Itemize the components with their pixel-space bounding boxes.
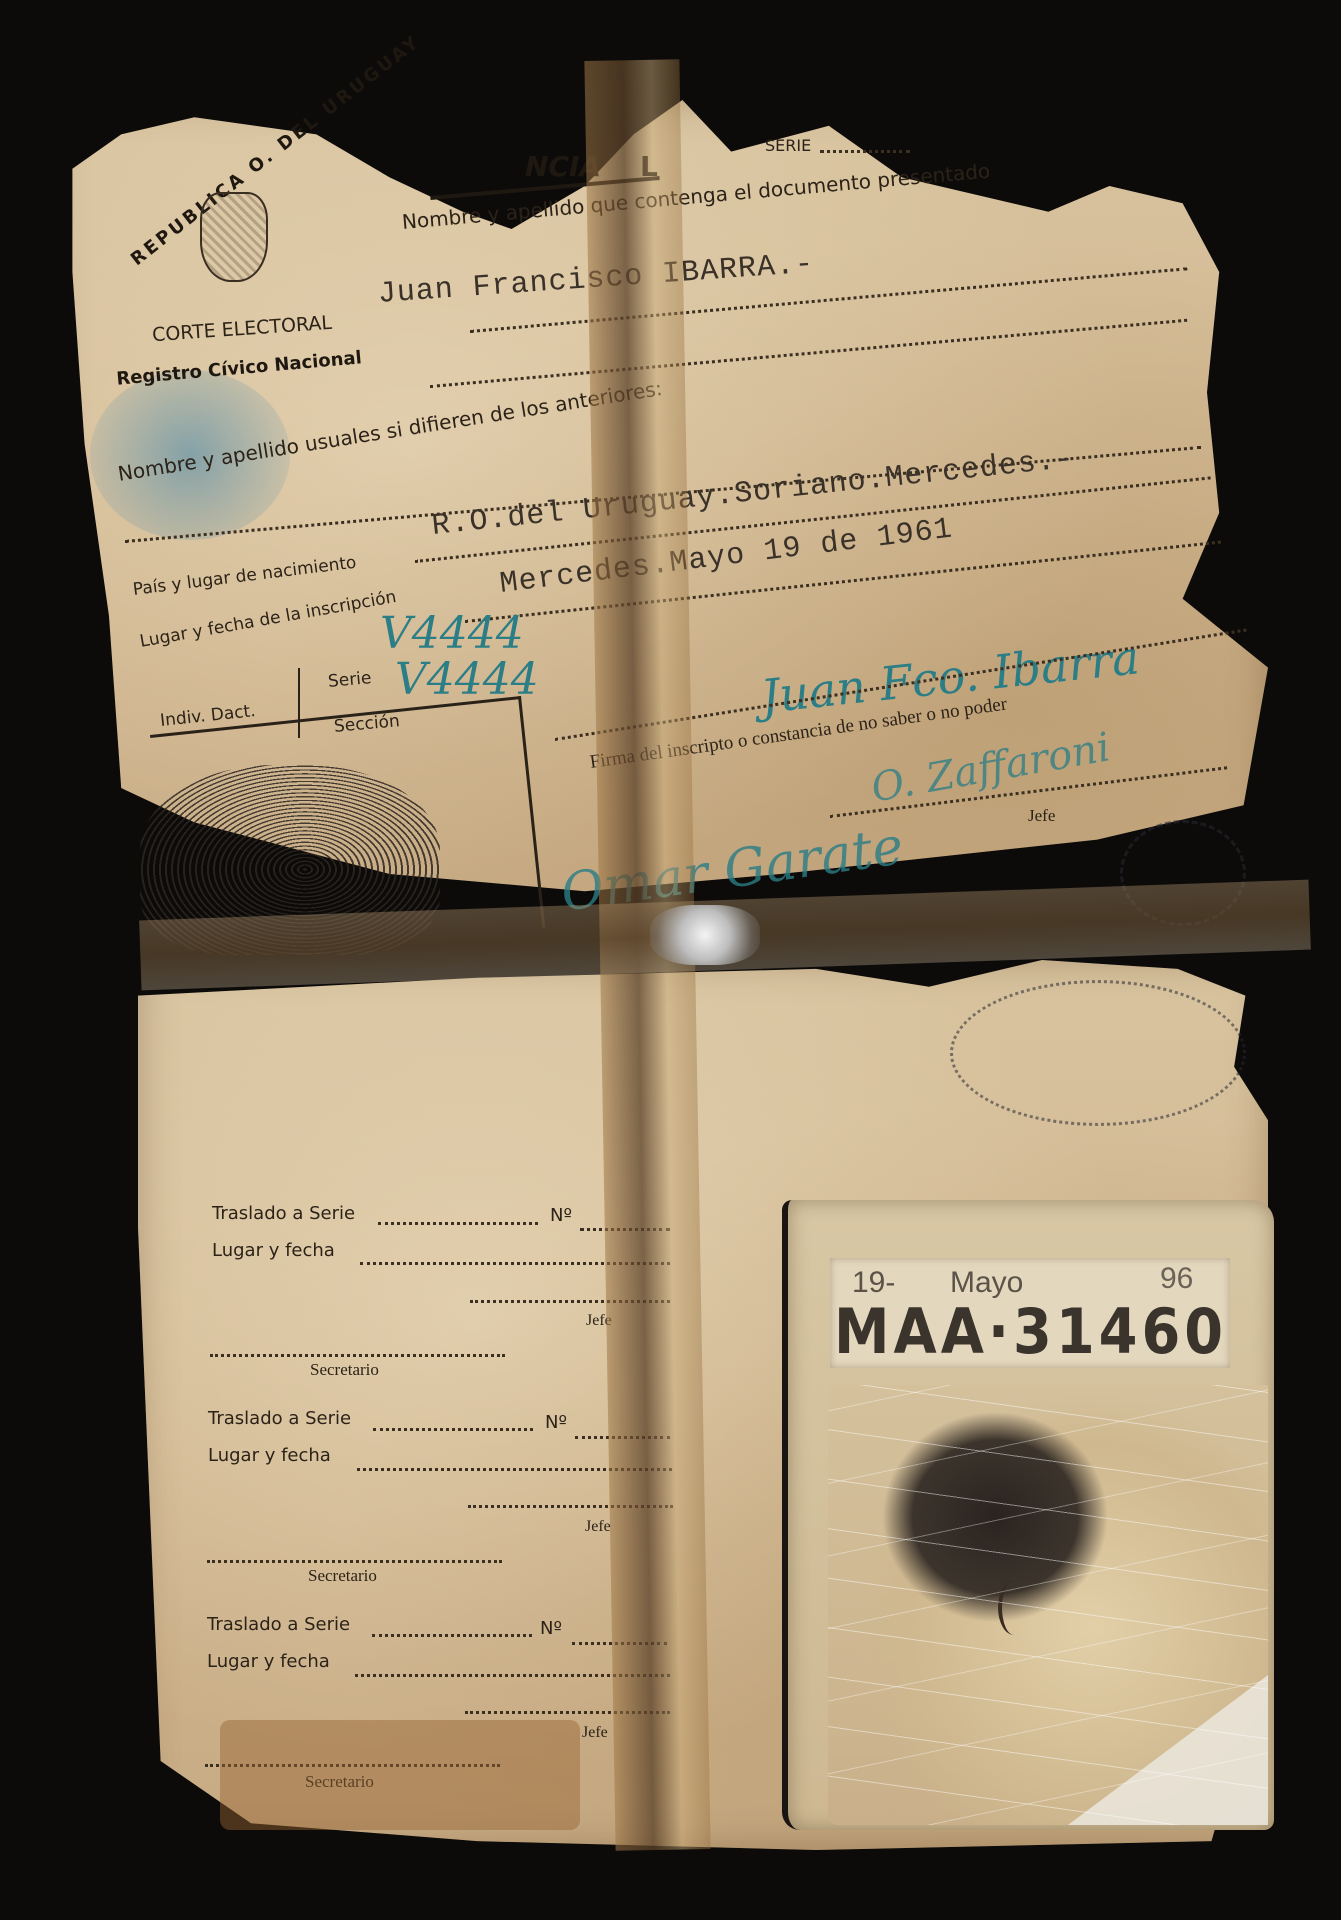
photo-card: 19- Mayo 96 MAA·31460 (782, 1200, 1274, 1830)
transfer-serie-dots (373, 1428, 533, 1431)
transfer-jefe-label: Jefe (585, 1518, 611, 1536)
transfer-number-label: Nº (540, 1618, 562, 1639)
coat-of-arms-icon (200, 192, 268, 282)
transfer-secretario-label: Secretario (308, 1566, 377, 1586)
worn-corner (1068, 1675, 1268, 1825)
transfer-serie-label: Traslado a Serie (207, 1614, 350, 1635)
portrait-ear (998, 1580, 1030, 1635)
portrait-photo (828, 1385, 1268, 1825)
serie-dots (820, 150, 910, 153)
photo-plate-number: MAA·31460 (834, 1295, 1227, 1368)
water-stain (220, 1720, 580, 1830)
photo-date-year: 96 (1160, 1262, 1193, 1296)
transfer-place-date-label: Lugar y fecha (212, 1240, 335, 1261)
transfer-serie-dots (378, 1222, 538, 1225)
transfer-number-label: Nº (550, 1205, 572, 1226)
transfer-place-date-label: Lugar y fecha (208, 1445, 331, 1466)
serie-field-value: V4444 (380, 608, 524, 659)
foil-patch (650, 905, 760, 965)
serie-field-label: Serie (327, 668, 372, 692)
serie-label: SERIE (765, 136, 811, 155)
transfer-secretario-dots (207, 1560, 502, 1563)
transfer-serie-label: Traslado a Serie (208, 1408, 351, 1429)
transfer-secretario-dots (210, 1354, 505, 1357)
transfer-serie-label: Traslado a Serie (212, 1203, 355, 1224)
ink-stamp-icon (950, 980, 1246, 1126)
transfer-jefe-label: Jefe (582, 1724, 608, 1742)
transfer-serie-dots (372, 1634, 532, 1637)
jefe-label: Jefe (1028, 806, 1055, 826)
transfer-place-date-label: Lugar y fecha (207, 1651, 330, 1672)
transfer-number-label: Nº (545, 1412, 567, 1433)
transfer-secretario-label: Secretario (310, 1360, 379, 1380)
